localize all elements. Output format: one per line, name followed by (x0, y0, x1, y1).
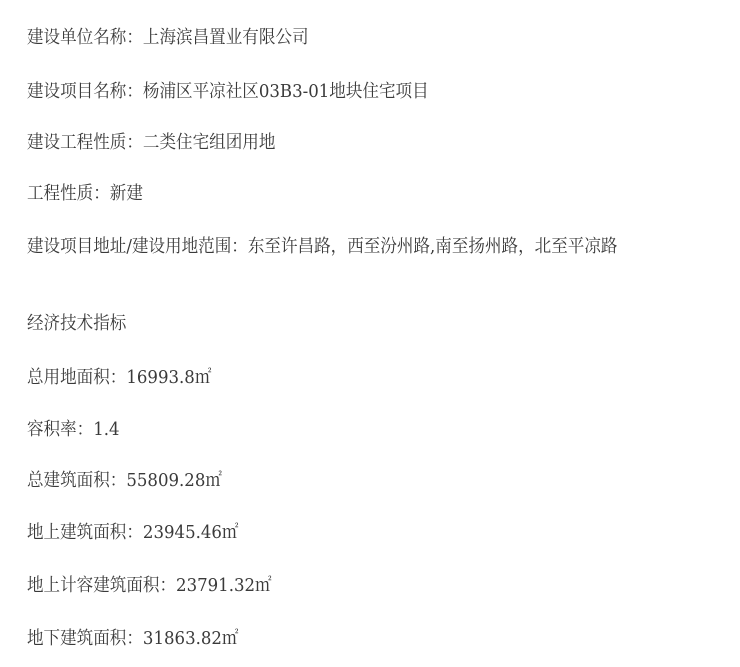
field-label: 建设项目名称： (27, 81, 143, 102)
field-value: 16993.8㎡ (126, 367, 211, 388)
construction-unit-name: 建设单位名称：上海滨昌置业有限公司 (27, 26, 309, 50)
field-value: 31863.82㎡ (143, 628, 239, 649)
underground-floor-area: 地下建筑面积：31863.82㎡ (27, 627, 238, 651)
field-label: 建设项目地址/建设用地范围： (27, 236, 248, 257)
field-value: 上海滨昌置业有限公司 (143, 27, 309, 48)
field-value: 55809.28㎡ (126, 470, 222, 491)
field-value: 二类住宅组团用地 (143, 132, 275, 153)
project-name: 建设项目名称：杨浦区平凉社区03B3-01地块住宅项目 (27, 80, 429, 104)
field-value: 23945.46㎡ (143, 522, 239, 543)
field-value: 东至许昌路，西至汾州路,南至扬州路，北至平凉路 (248, 236, 618, 257)
field-label: 地上建筑面积： (27, 522, 143, 543)
field-label: 工程性质： (27, 183, 110, 204)
total-floor-area: 总建筑面积：55809.28㎡ (27, 469, 222, 493)
construction-nature: 建设工程性质：二类住宅组团用地 (27, 131, 275, 155)
field-label: 建设单位名称： (27, 27, 143, 48)
field-label: 地下建筑面积： (27, 628, 143, 649)
field-value: 1.4 (93, 419, 119, 440)
above-ground-floor-area: 地上建筑面积：23945.46㎡ (27, 521, 238, 545)
field-label: 容积率： (27, 419, 93, 440)
above-ground-far-floor-area: 地上计容建筑面积：23791.32㎡ (27, 574, 272, 598)
engineering-nature: 工程性质：新建 (27, 182, 143, 206)
field-label: 地上计容建筑面积： (27, 575, 176, 596)
field-label: 总用地面积： (27, 367, 126, 388)
field-value: 23791.32㎡ (176, 575, 272, 596)
indicators-heading: 经济技术指标 (27, 312, 126, 336)
total-land-area: 总用地面积：16993.8㎡ (27, 366, 211, 390)
plot-ratio: 容积率：1.4 (27, 418, 120, 442)
project-address-range: 建设项目地址/建设用地范围：东至许昌路，西至汾州路,南至扬州路，北至平凉路 (27, 235, 617, 259)
field-label: 建设工程性质： (27, 132, 143, 153)
field-value: 杨浦区平凉社区03B3-01地块住宅项目 (143, 81, 429, 102)
field-label: 总建筑面积： (27, 470, 126, 491)
field-value: 新建 (110, 183, 143, 204)
